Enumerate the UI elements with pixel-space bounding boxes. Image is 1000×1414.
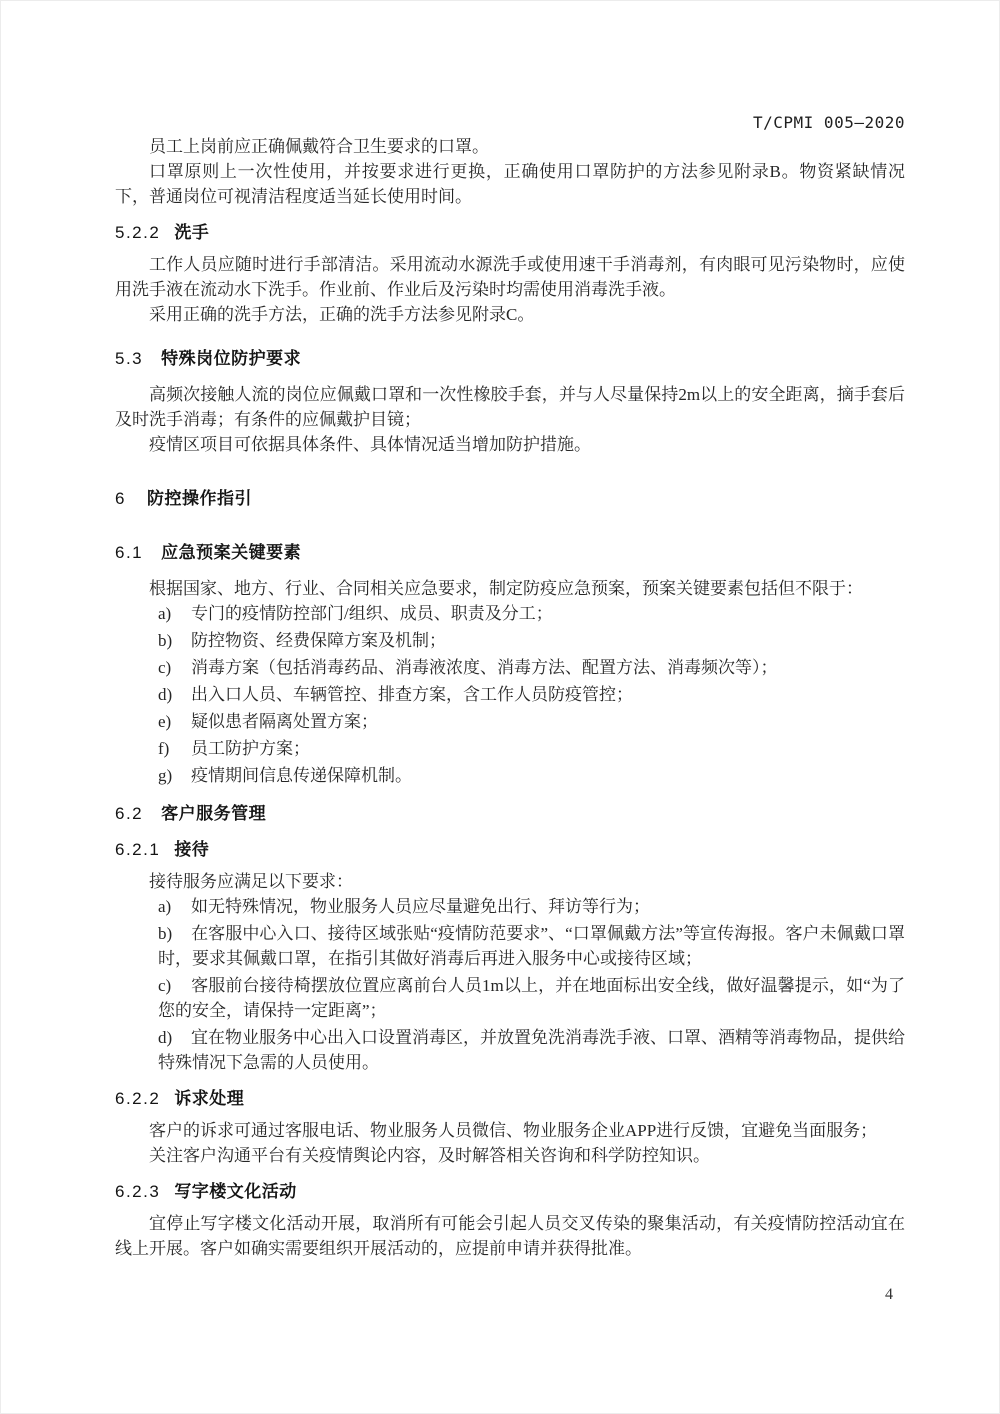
clause-number: 6.2.2 [115,1089,160,1108]
list-item: d)宜在物业服务中心出入口设置消毒区，并放置免洗消毒洗手液、口罩、酒精等消毒物品… [115,1025,905,1075]
list-item-text: 疫情期间信息传递保障机制。 [191,766,412,785]
clause-heading-5-2-2: 5.2.2洗手 [115,220,905,245]
list-item-letter: b) [158,628,177,653]
clause-title: 洗手 [174,223,209,242]
paragraph-complaint-channels: 客户的诉求可通过客服电话、物业服务人员微信、物业服务企业APP进行反馈，宜避免当… [115,1118,905,1143]
clause-heading-6: 6防控操作指引 [115,486,905,511]
paragraph-reception-intro: 接待服务应满足以下要求： [115,869,905,894]
list-item-text: 如无特殊情况，物业服务人员应尽量避免出行、拜访等行为； [191,897,650,916]
list-item: f)员工防护方案； [115,736,905,761]
paragraph-emergency-plan-intro: 根据国家、地方、行业、合同相关应急要求，制定防疫应急预案，预案关键要素包括但不限… [115,576,905,601]
clause-title: 诉求处理 [174,1089,244,1108]
list-item-letter: a) [158,601,177,626]
paragraph-special-post-protection: 高频次接触人流的岗位应佩戴口罩和一次性橡胶手套，并与人尽量保持2m以上的安全距离… [115,382,905,432]
list-item-letter: c) [158,655,177,680]
list-item: c)消毒方案（包括消毒药品、消毒液浓度、消毒方法、配置方法、消毒频次等）； [115,655,905,680]
list-item-letter: a) [158,894,177,919]
list-item-letter: g) [158,763,177,788]
list-item: d)出入口人员、车辆管控、排查方案，含工作人员防疫管控； [115,682,905,707]
paragraph-hand-washing-method: 采用正确的洗手方法，正确的洗手方法参见附录C。 [115,302,905,327]
list-item-text: 宜在物业服务中心出入口设置消毒区，并放置免洗消毒洗手液、口罩、酒精等消毒物品，提… [158,1028,905,1072]
clause-title: 写字楼文化活动 [174,1182,297,1201]
list-item-text: 疑似患者隔离处置方案； [191,712,378,731]
document-body: 员工上岗前应正确佩戴符合卫生要求的口罩。 口罩原则上一次性使用，并按要求进行更换… [115,134,905,1261]
clause-title: 接待 [174,840,209,859]
document-number-header: T/CPMI 005—2020 [753,113,905,132]
clause-title: 防控操作指引 [147,489,252,508]
clause-number: 6.2.1 [115,840,160,859]
clause-heading-6-2-3: 6.2.3写字楼文化活动 [115,1179,905,1204]
list-item: a)专门的疫情防控部门/组织、成员、职责及分工； [115,601,905,626]
clause-heading-6-2-2: 6.2.2诉求处理 [115,1086,905,1111]
paragraph-cultural-activities: 宜停止写字楼文化活动开展，取消所有可能会引起人员交叉传染的聚集活动，有关疫情防控… [115,1211,905,1261]
page-number: 4 [885,1286,893,1304]
clause-number: 5.2.2 [115,223,160,242]
clause-number: 6 [115,489,126,508]
clause-heading-5-3: 5.3特殊岗位防护要求 [115,346,905,371]
list-item-text: 员工防护方案； [191,739,310,758]
clause-number: 6.2.3 [115,1182,160,1201]
list-item: c)客服前台接待椅摆放位置应离前台人员1m以上，并在地面标出安全线，做好温馨提示… [115,973,905,1023]
clause-heading-6-2: 6.2客户服务管理 [115,801,905,826]
list-item-letter: c) [158,973,177,998]
list-item-letter: f) [158,736,177,761]
list-item-letter: d) [158,1025,177,1050]
clause-heading-6-2-1: 6.2.1接待 [115,837,905,862]
paragraph-hand-cleaning: 工作人员应随时进行手部清洁。采用流动水源洗手或使用速干手消毒剂，有肉眼可见污染物… [115,252,905,302]
clause-title: 客户服务管理 [161,804,266,823]
list-item-letter: e) [158,709,177,734]
list-item-text: 专门的疫情防控部门/组织、成员、职责及分工； [191,604,553,623]
clause-number: 6.2 [115,804,143,823]
list-item-letter: b) [158,921,177,946]
list-item-text: 客服前台接待椅摆放位置应离前台人员1m以上，并在地面标出安全线，做好温馨提示，如… [158,976,905,1020]
document-page: T/CPMI 005—2020 员工上岗前应正确佩戴符合卫生要求的口罩。 口罩原… [0,0,1000,1414]
list-item-text: 消毒方案（包括消毒药品、消毒液浓度、消毒方法、配置方法、消毒频次等）； [191,658,778,677]
clause-number: 5.3 [115,349,143,368]
paragraph-epidemic-area-projects: 疫情区项目可依据具体条件、具体情况适当增加防护措施。 [115,432,905,457]
clause-title: 特殊岗位防护要求 [161,349,301,368]
list-item-letter: d) [158,682,177,707]
list-item: b)防控物资、经费保障方案及机制； [115,628,905,653]
clause-number: 6.1 [115,543,143,562]
paragraph-mask-wearing: 员工上岗前应正确佩戴符合卫生要求的口罩。 [115,134,905,159]
list-item: e)疑似患者隔离处置方案； [115,709,905,734]
list-item-text: 防控物资、经费保障方案及机制； [191,631,446,650]
list-item-text: 在客服中心入口、接待区域张贴“疫情防范要求”、“口罩佩戴方法”等宣传海报。客户未… [158,924,905,968]
list-item: g)疫情期间信息传递保障机制。 [115,763,905,788]
clause-title: 应急预案关键要素 [161,543,301,562]
clause-heading-6-1: 6.1应急预案关键要素 [115,540,905,565]
list-item-text: 出入口人员、车辆管控、排查方案，含工作人员防疫管控； [191,685,633,704]
list-item: b)在客服中心入口、接待区域张贴“疫情防范要求”、“口罩佩戴方法”等宣传海报。客… [115,921,905,971]
paragraph-communication-platform: 关注客户沟通平台有关疫情舆论内容，及时解答相关咨询和科学防控知识。 [115,1143,905,1168]
list-item: a)如无特殊情况，物业服务人员应尽量避免出行、拜访等行为； [115,894,905,919]
paragraph-mask-replacement: 口罩原则上一次性使用，并按要求进行更换，正确使用口罩防护的方法参见附录B。物资紧… [115,159,905,209]
